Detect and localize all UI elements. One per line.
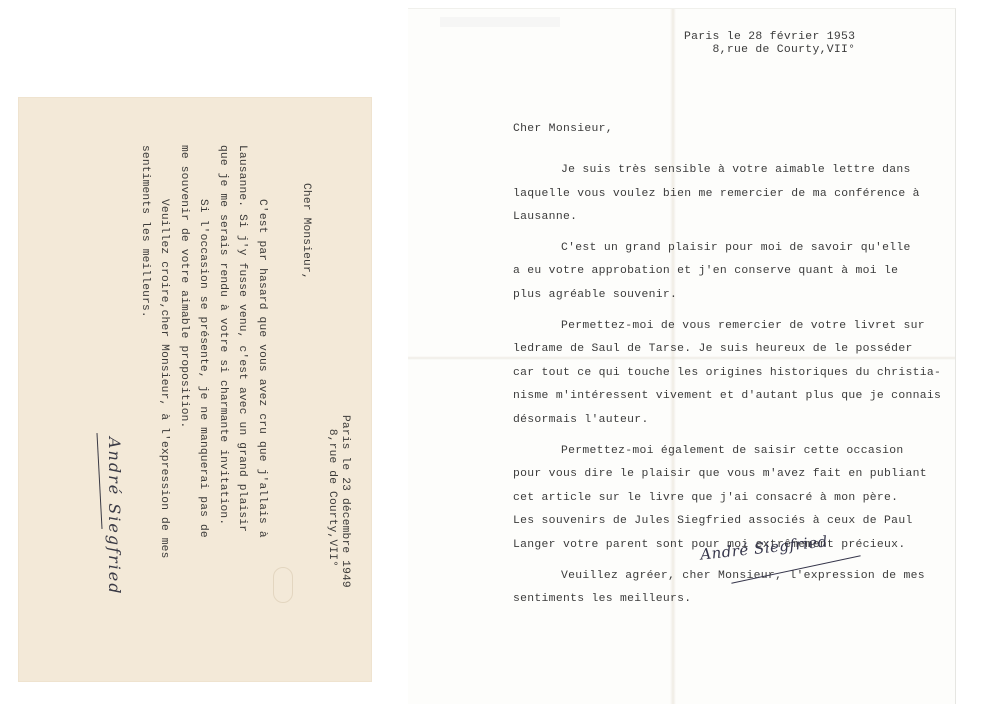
body-line: Lausanne. (513, 206, 933, 230)
body-line: Permettez-moi de vous remercier de votre… (513, 315, 933, 339)
signature-underline (96, 433, 102, 529)
body-line: laquelle vous voulez bien me remercier d… (513, 183, 933, 207)
body-line: ledrame de Saul de Tarse. Je suis heureu… (513, 338, 933, 362)
letter-card-1949: Paris le 23 décembre 1949 8,rue de Court… (18, 97, 372, 682)
body-line: Lausanne. Si j'y fusse venu, c'est avec … (232, 145, 252, 625)
salutation: Cher Monsieur, (513, 123, 613, 135)
letter-header: Paris le 28 février 1953 8,rue de Courty… (684, 31, 855, 57)
address-line: 8,rue de Courty,VII° (713, 44, 856, 56)
body-line: a eu votre approbation et j'en conserve … (513, 260, 933, 284)
body-line: nisme m'intéressent vivement et d'autant… (513, 385, 933, 409)
letter-body: C'est par hasard que vous avez cru que j… (135, 145, 272, 625)
date-line: Paris le 28 février 1953 (684, 31, 855, 43)
paragraph-3: Permettez-moi de vous remercier de votre… (513, 315, 933, 433)
body-line: sentiments les meilleurs. (135, 145, 155, 625)
body-line: plus agréable souvenir. (513, 284, 933, 308)
salutation: Cher Monsieur, (296, 183, 316, 280)
body-line: C'est par hasard que vous avez cru que j… (252, 145, 272, 625)
paragraph-1: Je suis très sensible à votre aimable le… (513, 159, 933, 230)
letter-content: Paris le 28 février 1953 8,rue de Courty… (408, 9, 955, 704)
body-line: désormais l'auteur. (513, 409, 933, 433)
letter-header: Paris le 23 décembre 1949 8,rue de Court… (325, 415, 351, 588)
body-line: C'est un grand plaisir pour moi de savoi… (513, 237, 933, 261)
body-line: me souvenir de votre aimable proposition… (174, 145, 194, 625)
body-line: Veuillez agréer, cher Monsieur, l'expres… (513, 565, 933, 589)
body-line: Je suis très sensible à votre aimable le… (513, 159, 933, 183)
letter-sheet-1953: Paris le 28 février 1953 8,rue de Courty… (408, 8, 956, 704)
rotated-letter-content: Paris le 23 décembre 1949 8,rue de Court… (18, 97, 372, 682)
paragraph-4: Permettez-moi également de saisir cette … (513, 440, 933, 558)
body-line: car tout ce qui touche les origines hist… (513, 362, 933, 386)
address-line: 8,rue de Courty,VII° (326, 429, 338, 567)
body-line: Les souvenirs de Jules Siegfried associé… (513, 510, 933, 534)
paragraph-2: C'est un grand plaisir pour moi de savoi… (513, 237, 933, 308)
paragraph-5: Veuillez agréer, cher Monsieur, l'expres… (513, 565, 933, 612)
body-line: Permettez-moi également de saisir cette … (513, 440, 933, 464)
date-line: Paris le 23 décembre 1949 (339, 415, 351, 588)
body-line: Veuillez croire,cher Monsieur, à l'expre… (154, 145, 174, 625)
body-line: Si l'occasion se présente, je ne manquer… (193, 145, 213, 625)
handwritten-signature: André Siegfried (105, 437, 125, 596)
paper-stain (273, 567, 293, 603)
body-line: cet article sur le livre que j'ai consac… (513, 487, 933, 511)
body-line: sentiments les meilleurs. (513, 588, 933, 612)
body-line: que je me serais rendu à votre si charma… (213, 145, 233, 625)
body-line: pour vous dire le plaisir que vous m'ave… (513, 463, 933, 487)
